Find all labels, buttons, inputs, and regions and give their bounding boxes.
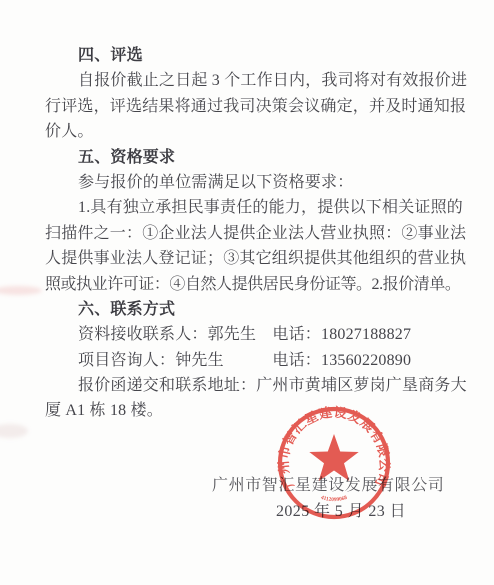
text-line: 人提供事业法人登记证；③其它组织提供其他组织的营业执: [45, 246, 465, 271]
seal-serial: 4112099068: [320, 495, 348, 503]
seal-star-icon: [309, 434, 358, 481]
scan-smudge: [0, 286, 42, 295]
text-line: 1.具有独立承担民事责任的能力，提供以下相关证照的: [45, 195, 465, 220]
contact-receiver-line: 资料接收联系人：郭先生 电话：18027188827: [45, 322, 465, 347]
company-seal: 广州市智汇星建设发展有限公司 4112099068: [274, 403, 394, 523]
text-line: 照或执业许可证：④自然人提供居民身份证等。2.报价清单。: [45, 272, 465, 297]
text-line: 行评选，评选结果将通过我司决策会议确定，并及时通知报: [45, 94, 465, 119]
contact-address-line-2: 厦 A1 栋 18 楼。: [45, 398, 465, 423]
text-line: 扫描件之一：①企业法人提供企业法人营业执照：②事业法: [45, 221, 465, 246]
contact-consultant-line: 项目咨询人：钟先生 电话：13560220890: [45, 348, 465, 373]
document-body: 四、评选 自报价截止之日起 3 个工作日内，我司将对有效报价进 行评选，评选结果…: [45, 43, 465, 424]
scan-smudge: [0, 424, 28, 438]
text-line: 自报价截止之日起 3 个工作日内，我司将对有效报价进: [45, 68, 465, 93]
text-line: 价人。: [45, 119, 465, 144]
section-heading-4: 四、评选: [45, 43, 465, 68]
section-heading-6: 六、联系方式: [45, 297, 465, 322]
contact-address-line: 报价函递交和联系地址：广州市黄埔区萝岗广垦商务大: [45, 373, 465, 398]
document-page: 四、评选 自报价截止之日起 3 个工作日内，我司将对有效报价进 行评选，评选结果…: [0, 0, 494, 585]
section-heading-5: 五、资格要求: [45, 145, 465, 170]
text-line: 参与报价的单位需满足以下资格要求：: [45, 170, 465, 195]
